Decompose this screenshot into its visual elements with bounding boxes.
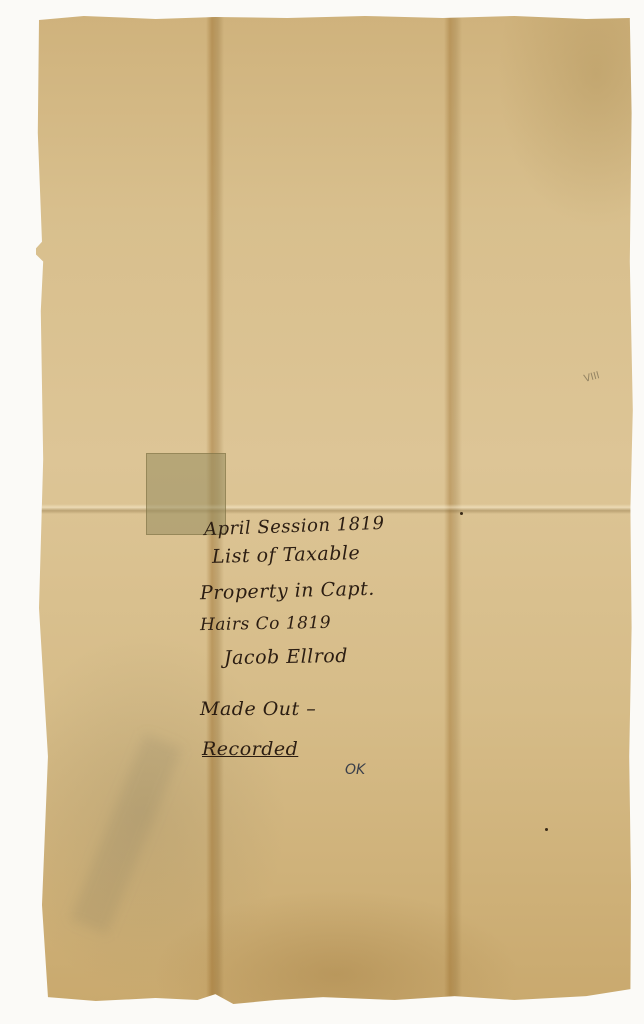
manuscript-page xyxy=(36,14,634,1004)
docket-name-line: Jacob Ellrod xyxy=(224,645,348,669)
stain-smudge xyxy=(70,734,182,934)
horizontal-fold xyxy=(36,504,634,514)
docket-recorded-line: Recorded xyxy=(202,738,298,760)
ink-dot xyxy=(460,512,463,515)
pencil-ok-annotation: OK xyxy=(345,762,365,778)
docket-company-line: Hairs Co 1819 xyxy=(200,613,331,635)
docket-property-line: Property in Capt. xyxy=(200,578,375,605)
docket-title-line: List of Taxable xyxy=(212,542,361,568)
docket-made-out-line: Made Out – xyxy=(200,698,316,720)
ink-dot xyxy=(545,828,548,831)
